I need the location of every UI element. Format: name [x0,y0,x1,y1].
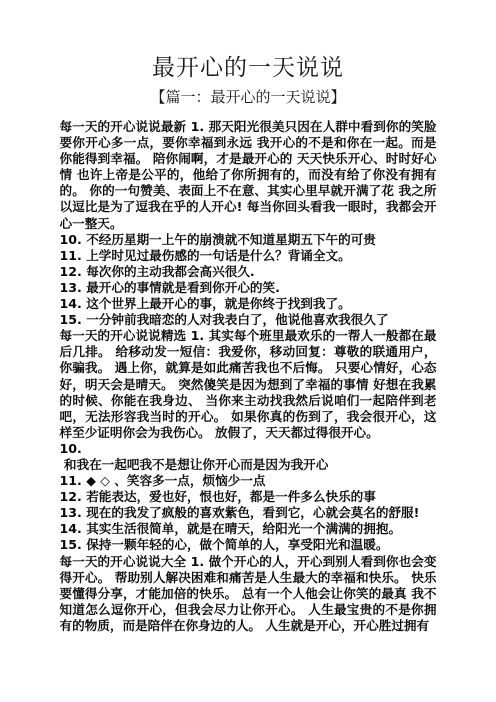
document-body: 每一天的开心说说最新 1. 那天阳光很美只因在人群中看到你的笑脸 要你开心多一点… [60,119,437,634]
document-page: 最开心的一天说说 【篇一：最开心的一天说说】 每一天的开心说说最新 1. 那天阳… [0,0,496,702]
paragraph: 每一天的开心说说大全 1. 做个开心的人，开心到别人看到你也会变得开心。 帮助别… [60,554,437,634]
paragraph: 每一天的开心说说精选 1. 其实每个班里最欢乐的一帮人一般都在最后几排。 给移动… [60,328,437,441]
paragraph: 15. 保持一颗年轻的心，做个简单的人，享受阳光和温暖。 [60,537,437,553]
paragraph: 13. 最开心的事情就是看到你开心的笑. [60,280,437,296]
paragraph: 12. 每次你的主动我都会高兴很久. [60,264,437,280]
paragraph: 10. [60,441,437,457]
paragraph: 13. 现在的我发了疯般的喜欢紫色，看到它，心就会莫名的舒服! [60,505,437,521]
paragraph: 和我在一起吧我不是想让你开心而是因为我开心 [60,457,437,473]
paragraph: 15. 一分钟前我暗恋的人对我表白了，他说他喜欢我很久了 [60,312,437,328]
paragraph: 每一天的开心说说最新 1. 那天阳光很美只因在人群中看到你的笑脸 要你开心多一点… [60,119,437,232]
paragraph: 11. 上学时见过最伤感的一句话是什么？背诵全文。 [60,248,437,264]
paragraph: 12. 若能表达，爱也好，恨也好，都是一件多么快乐的事 [60,489,437,505]
document-title: 最开心的一天说说 [0,52,496,84]
paragraph: 11. ◆ ◇ 、笑容多一点，烦恼少一点 [60,473,437,489]
paragraph: 10. 不经历星期一上午的崩溃就不知道星期五下午的可贵 [60,232,437,248]
section-heading: 【篇一：最开心的一天说说】 [0,87,496,109]
paragraph: 14. 这个世界上最开心的事，就是你终于找到我了。 [60,296,437,312]
paragraph: 14. 其实生活很简单，就是在晴天，给阳光一个满满的拥抱。 [60,521,437,537]
